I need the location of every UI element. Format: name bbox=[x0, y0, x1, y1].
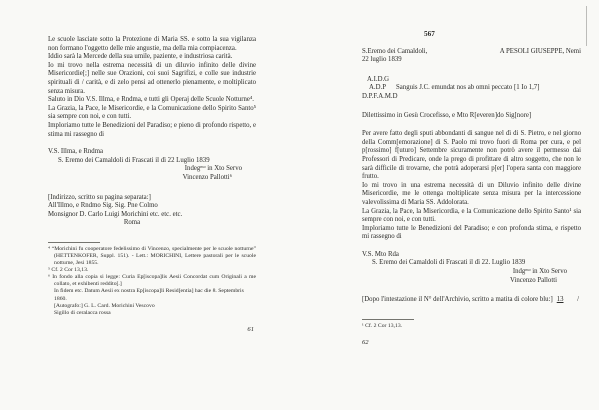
book-spread: Le scuole lasciate sotto la Protezione d… bbox=[0, 0, 599, 410]
dateline-date: 22 luglio 1839 bbox=[362, 56, 427, 65]
letter-number: 567 bbox=[362, 30, 581, 39]
paragraph: Io mi trovo nella estrema necessità di u… bbox=[48, 62, 256, 96]
paragraph: Io mi trovo in una estrema necessità di … bbox=[362, 182, 581, 208]
signature-name: Vincenzo Pallotti⁶ bbox=[48, 174, 256, 183]
footnotes-block: ⁴ “Morichini fu cooperatore fedelissimo … bbox=[48, 242, 256, 317]
signature-name: Vincenzo Pallotti bbox=[362, 277, 581, 286]
abbreviation-block: A.I.D.G A.D.PSanguis J.C. emundat nos ab… bbox=[362, 76, 581, 102]
paragraph: Saluto in Dio V.S. Illma, e Rndma, e tut… bbox=[48, 96, 256, 105]
abbreviation-line: A.D.PSanguis J.C. emundat nos ab omni pe… bbox=[362, 84, 581, 93]
dateline-place: S.Eremo dei Camaldoli, bbox=[362, 48, 427, 57]
dateline-row: S.Eremo dei Camaldoli, 22 luglio 1839 A … bbox=[362, 48, 581, 65]
page-number: 61 bbox=[48, 326, 256, 335]
signature-title: Indgᵐᵒ in Xto Servo bbox=[362, 268, 581, 277]
page-62: 567 S.Eremo dei Camaldoli, 22 luglio 183… bbox=[362, 30, 581, 348]
address-block: [Indirizzo, scritto su pagina separata:]… bbox=[48, 194, 256, 228]
paragraph: La Grazia, la Pace, la Misericordia, e l… bbox=[362, 208, 581, 225]
scripture-motto: Sanguis J.C. emundat nos ab omni peccato… bbox=[396, 84, 539, 91]
archival-note-text: [Dopo l'intestazione il N° dell'Archivio… bbox=[362, 296, 553, 303]
letter-body: Per avere fatto degli sputi abbondanti d… bbox=[362, 130, 581, 242]
closing-block: V.S. Illma, e Rndma S. Eremo dei Camaldo… bbox=[48, 148, 256, 182]
footnote: ⁴ “Morichini fu cooperatore fedelissimo … bbox=[48, 246, 256, 267]
page-number: 62 bbox=[362, 339, 581, 348]
page-61: Le scuole lasciate sotto la Protezione d… bbox=[48, 36, 256, 334]
paragraph: La Grazia, la Pace, le Misericordie, e l… bbox=[48, 105, 256, 122]
abbreviation-line: D.P.F.A.M.D bbox=[362, 93, 581, 102]
footnote-continuation: [Autografo:] G. L. Card. Morichini Vesco… bbox=[48, 303, 256, 310]
closing-salutation: V.S. Mto Rda bbox=[362, 251, 581, 260]
letter-salutation: Dilettissimo in Gesù Crocefisso, e Mto R… bbox=[362, 112, 581, 121]
scan-artifact-line bbox=[586, 6, 587, 46]
paragraph: Imploriamo tutte le Benedizioni del Para… bbox=[48, 122, 256, 139]
abbreviation-line: A.I.D.G bbox=[362, 76, 581, 85]
archival-number: 13 bbox=[557, 296, 564, 303]
archival-note: [Dopo l'intestazione il N° dell'Archivio… bbox=[362, 296, 581, 305]
address-line: Monsignor D. Carlo Luigi Morichini etc. … bbox=[48, 211, 256, 220]
address-line: Roma bbox=[48, 219, 256, 228]
abbreviation: A.D.P bbox=[369, 84, 386, 91]
footnote-continuation: Sigillo di ceralacca rossa bbox=[48, 310, 256, 317]
footnote: ⁶ In fondo alla copia si legge: Curia Ep… bbox=[48, 274, 256, 288]
footnote-rule bbox=[362, 319, 414, 320]
footnotes-block: ¹ Cf. 2 Cor 13,13. bbox=[362, 319, 581, 330]
closing-dateline: S. Eremo dei Camaldoli di Frascati il dì… bbox=[362, 259, 581, 268]
addressee: A PESOLI GIUSEPPE, Nemi bbox=[500, 48, 581, 57]
closing-dateline: S. Eremo dei Camaldoli di Frascati il dì… bbox=[48, 157, 256, 166]
dateline-place-block: S.Eremo dei Camaldoli, 22 luglio 1839 bbox=[362, 48, 427, 65]
address-line: All'Illmo, e Rndmo Sig. Sig. Pne Colmo bbox=[48, 202, 256, 211]
archival-slash-mark: / bbox=[577, 296, 579, 305]
paragraph: Le scuole lasciate sotto la Protezione d… bbox=[48, 36, 256, 53]
footnote: ¹ Cf. 2 Cor 13,13. bbox=[362, 323, 581, 330]
address-note: [Indirizzo, scritto su pagina separata:] bbox=[48, 194, 256, 203]
footnote-continuation: In fidem etc. Datum Aesii ex nostra Ep[i… bbox=[48, 288, 256, 302]
closing-block: V.S. Mto Rda S. Eremo dei Camaldoli di F… bbox=[362, 251, 581, 285]
letter-body: Le scuole lasciate sotto la Protezione d… bbox=[48, 36, 256, 139]
paragraph: Imploriamo tutte le Benedizioni del Para… bbox=[362, 225, 581, 242]
footnote-rule bbox=[48, 242, 100, 243]
paragraph: Per avere fatto degli sputi abbondanti d… bbox=[362, 130, 581, 182]
signature-title: Indegᵐᵒ in Xto Servo bbox=[48, 165, 256, 174]
paragraph: Iddio sarà la Mercede della sua umile, p… bbox=[48, 53, 256, 62]
closing-salutation: V.S. Illma, e Rndma bbox=[48, 148, 256, 157]
